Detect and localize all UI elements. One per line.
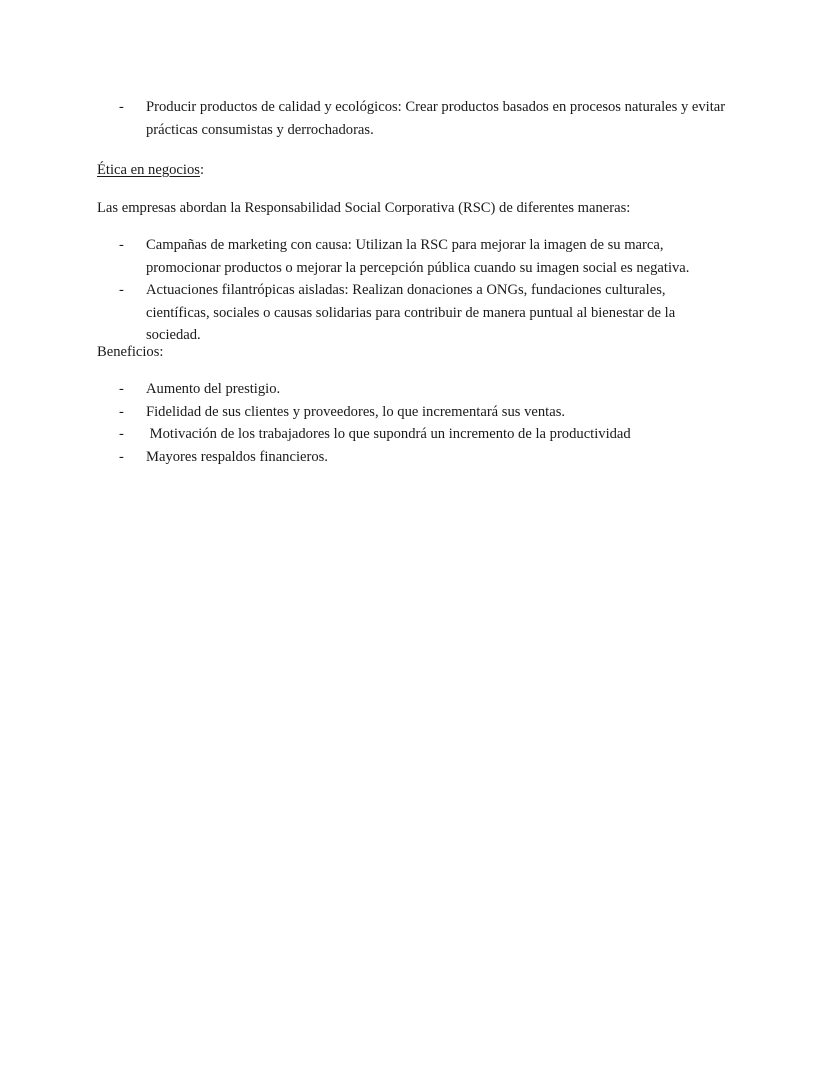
dash-bullet-icon: - — [119, 423, 124, 446]
dash-bullet-icon: - — [119, 96, 124, 119]
section-heading-beneficios: Beneficios: — [97, 341, 163, 363]
list-item: - Mayores respaldos financieros. — [97, 446, 726, 469]
dash-bullet-icon: - — [119, 234, 124, 257]
document-page: - Producir productos de calidad y ecológ… — [0, 0, 828, 1071]
list-item: - Motivación de los trabajadores lo que … — [97, 423, 726, 446]
beneficios-bullet-list: - Aumento del prestigio. - Fidelidad de … — [97, 378, 726, 468]
list-item: - Producir productos de calidad y ecológ… — [97, 96, 726, 141]
list-item: - Fidelidad de sus clientes y proveedore… — [97, 401, 726, 424]
etica-bullet-list: - Campañas de marketing con causa: Utili… — [97, 234, 726, 347]
dash-bullet-icon: - — [119, 378, 124, 401]
top-bullet-list: - Producir productos de calidad y ecológ… — [97, 96, 726, 141]
etica-intro: Las empresas abordan la Responsabilidad … — [97, 197, 630, 219]
list-item: - Campañas de marketing con causa: Utili… — [97, 234, 726, 279]
dash-bullet-icon: - — [119, 401, 124, 424]
dash-bullet-icon: - — [119, 279, 124, 302]
dash-bullet-icon: - — [119, 446, 124, 469]
section-heading-etica: Ética en negocios: — [97, 159, 204, 181]
list-item: - Actuaciones filantrópicas aisladas: Re… — [97, 279, 726, 347]
list-item: - Aumento del prestigio. — [97, 378, 726, 401]
